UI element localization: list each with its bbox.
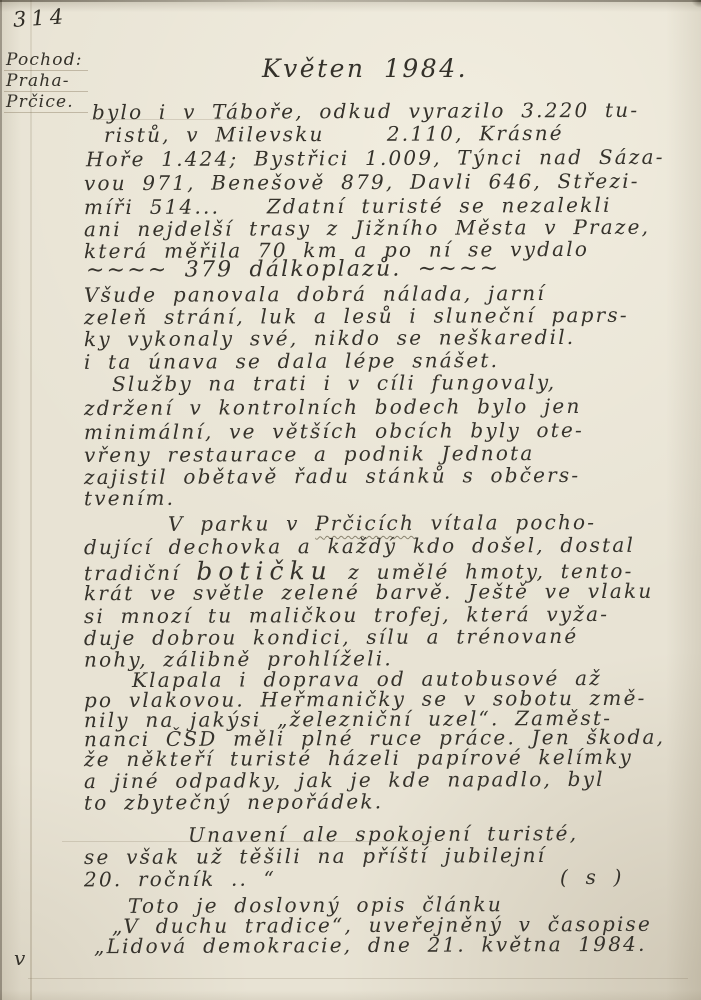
handwriting-line: bylo i v Táboře, odkud vyrazilo 3.220 tu… bbox=[92, 99, 639, 123]
handwriting-line: ky vykonaly své, nikdo se neškaredil. bbox=[84, 326, 575, 350]
page-number: 314 bbox=[12, 4, 69, 32]
margin-note-line-2: Praha- bbox=[6, 71, 70, 91]
handwriting-segment: V parku v bbox=[168, 511, 315, 536]
handwriting-line: se však už těšili na příští jubilejní bbox=[84, 844, 546, 868]
checkmark: v bbox=[14, 946, 25, 970]
handwriting-line: tvením. bbox=[84, 487, 175, 509]
handwriting-line: ~~~~ 379 dálkoplazů. ~~~~ bbox=[86, 257, 500, 283]
handwriting-line: zajistil obětavě řadu stánků s občers- bbox=[84, 464, 580, 488]
handwriting-line: dující dechovka a každý kdo došel, dosta… bbox=[84, 534, 635, 558]
handwriting-line: krát ve světle zelené barvě. Ještě ve vl… bbox=[84, 580, 653, 604]
photo-edge-left bbox=[0, 0, 2, 1000]
handwriting-line: minimální, ve větších obcích byly ote- bbox=[84, 419, 584, 443]
handwriting-line: a jiné odpadky, jak je kde napadlo, byl bbox=[84, 768, 605, 792]
handwriting-line: to zbytečný nepořádek. bbox=[84, 790, 383, 813]
chronicle-page-photo: 314 Pochod: Praha- Prčice. Květen 1984. … bbox=[0, 0, 701, 1000]
handwriting-segment: vítala pocho- bbox=[415, 510, 596, 535]
handwriting-segment: Prčicích bbox=[315, 511, 415, 535]
handwriting-line: Hoře 1.424; Bystřici 1.009, Týnci nad Sá… bbox=[86, 146, 665, 171]
handwriting-line: vou 971, Benešově 879, Davli 646, Střezi… bbox=[84, 170, 640, 194]
handwriting-line: i ta únava se dala lépe snášet. bbox=[84, 349, 499, 373]
page-title: Květen 1984. bbox=[262, 54, 468, 83]
paper-crease bbox=[30, 0, 32, 1000]
handwriting-line: ( s ) bbox=[560, 866, 624, 888]
handwriting-line: zdržení v kontrolních bodech bylo jen bbox=[84, 395, 582, 419]
handwriting-line: vřeny restaurace a podnik Jednota bbox=[84, 442, 535, 466]
handwriting-line: V parku v Prčicích vítala pocho- bbox=[168, 511, 596, 535]
handwriting-line: Služby na trati i v cíli fungovaly, bbox=[112, 371, 556, 395]
margin-note-line-1: Pochod: bbox=[6, 50, 83, 70]
handwriting-line: ristů, v Milevsku 2.110, Krásné bbox=[104, 122, 564, 146]
photo-edge-top bbox=[0, 0, 701, 2]
ruled-line bbox=[4, 112, 88, 113]
handwriting-line: 20. ročník .. “ bbox=[84, 868, 276, 891]
handwriting-line: duje dobrou kondici, sílu a trénované bbox=[84, 625, 578, 649]
margin-note-line-3: Prčice. bbox=[6, 92, 74, 112]
handwriting-line: „Lidová demokracie, dne 21. května 1984. bbox=[94, 933, 647, 957]
photo-corner-smudge bbox=[691, 0, 701, 8]
handwriting-line: Všude panovala dobrá nálada, jarní bbox=[84, 282, 546, 306]
ruled-line bbox=[28, 978, 688, 979]
